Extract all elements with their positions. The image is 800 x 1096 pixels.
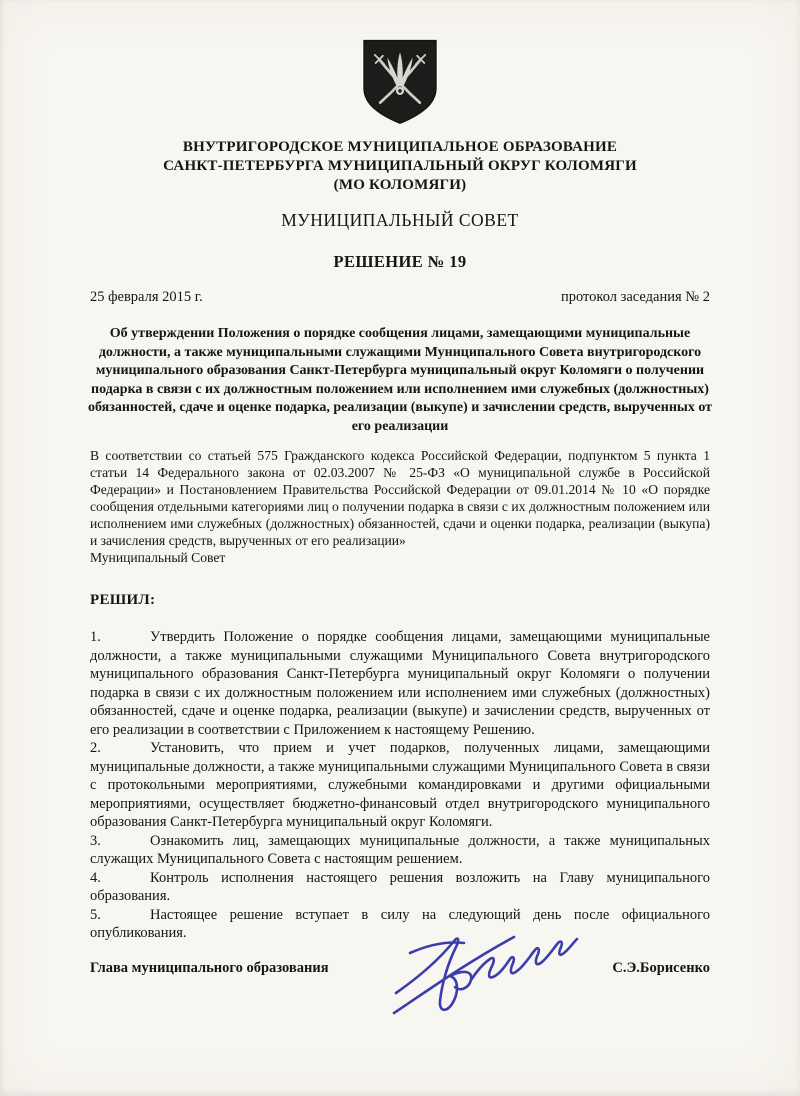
resolved-heading: РЕШИЛ: (90, 592, 710, 609)
organization-name-block: ВНУТРИГОРОДСКОЕ МУНИЦИПАЛЬНОЕ ОБРАЗОВАНИ… (0, 138, 800, 195)
signer-role: Глава муниципального образования (90, 960, 329, 977)
item-text: Настоящее решение вступает в силу на сле… (90, 907, 710, 942)
date-protocol-row: 25 февраля 2015 г. протокол заседания № … (90, 289, 710, 306)
list-item: 2.Установить, что прием и учет подарков,… (90, 739, 710, 832)
item-number: 4. (90, 869, 150, 888)
signature-row: Глава муниципального образования С.Э.Бор… (90, 960, 710, 977)
resolution-items: 1.Утвердить Положение о порядке сообщени… (90, 628, 710, 943)
preamble-actor: Муниципальный Совет (90, 549, 710, 566)
document-page: ВНУТРИГОРОДСКОЕ МУНИЦИПАЛЬНОЕ ОБРАЗОВАНИ… (0, 0, 800, 1096)
item-number: 5. (90, 906, 150, 925)
item-number: 2. (90, 739, 150, 758)
item-number: 1. (90, 628, 150, 647)
protocol-number: протокол заседания № 2 (561, 289, 710, 306)
org-line-1: ВНУТРИГОРОДСКОЕ МУНИЦИПАЛЬНОЕ ОБРАЗОВАНИ… (0, 138, 800, 157)
document-title: РЕШЕНИЕ № 19 (0, 252, 800, 272)
list-item: 5.Настоящее решение вступает в силу на с… (90, 906, 710, 943)
item-text: Установить, что прием и учет подарков, п… (90, 740, 710, 830)
coat-of-arms-icon (355, 36, 445, 126)
council-title: МУНИЦИПАЛЬНЫЙ СОВЕТ (0, 210, 800, 231)
item-text: Контроль исполнения настоящего решения в… (90, 870, 710, 905)
item-text: Ознакомить лиц, замещающих муниципальные… (90, 833, 710, 868)
item-text: Утвердить Положение о порядке сообщения … (90, 629, 710, 738)
list-item: 1.Утвердить Положение о порядке сообщени… (90, 628, 710, 739)
preamble-paragraph: В соответствии со статьей 575 Гражданско… (90, 447, 710, 549)
item-number: 3. (90, 832, 150, 851)
subject-paragraph: Об утверждении Положения о порядке сообщ… (82, 325, 718, 436)
list-item: 3.Ознакомить лиц, замещающих муниципальн… (90, 832, 710, 869)
emblem-container (0, 0, 800, 126)
document-date: 25 февраля 2015 г. (90, 289, 203, 306)
org-line-3: (МО КОЛОМЯГИ) (0, 176, 800, 195)
org-line-2: САНКТ-ПЕТЕРБУРГА МУНИЦИПАЛЬНЫЙ ОКРУГ КОЛ… (0, 157, 800, 176)
signer-name: С.Э.Борисенко (612, 960, 710, 977)
list-item: 4.Контроль исполнения настоящего решения… (90, 869, 710, 906)
